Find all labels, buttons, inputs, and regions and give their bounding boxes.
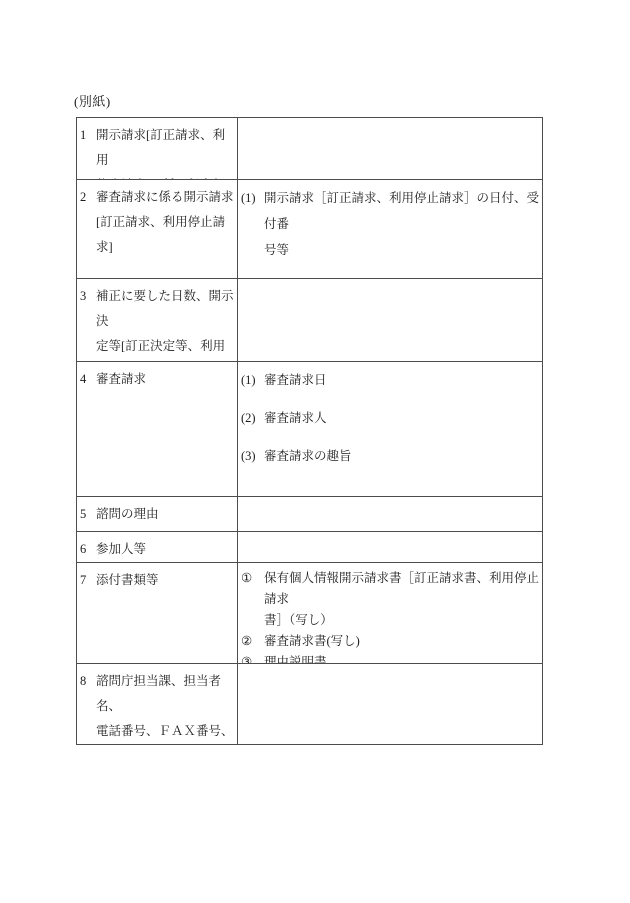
detail-item: (1) 開示請求［訂正請求、利用停止請求］の日付、受付番 号等: [241, 185, 539, 263]
row-item-label: 諮問の理由: [96, 502, 234, 527]
row-number: 7: [80, 568, 96, 593]
item-cell: 7 添付書類等: [77, 563, 237, 663]
row-item-label: 参加人等: [96, 537, 234, 562]
item-cell: 6 参加人等: [77, 532, 237, 562]
table-row: 4 審査請求 (1) 審査請求日 (2) 審査請求人 (3) 審査請求の趣旨: [77, 361, 542, 496]
detail-item: (2) 開示請求［訂正請求、利用停止請求］の宛先: [241, 275, 539, 278]
detail-number: (1): [241, 367, 264, 393]
value-cell: [237, 279, 542, 361]
detail-number: (2): [241, 275, 264, 278]
table-row: 1 開示請求[訂正請求、利用 停止請求]に係る保有個人 情報の名称等: [77, 118, 542, 179]
row-item-label: 開示請求[訂正請求、利用 停止請求]に係る保有個人 情報の名称等: [96, 123, 234, 179]
request-summary-table: 1 開示請求[訂正請求、利用 停止請求]に係る保有個人 情報の名称等 2 審査請…: [76, 117, 543, 745]
document-page: (別紙) 1 開示請求[訂正請求、利用 停止請求]に係る保有個人 情報の名称等 …: [0, 0, 630, 903]
detail-number: ①: [241, 568, 264, 589]
detail-number: (1): [241, 185, 264, 211]
value-cell: [237, 118, 542, 179]
row-item-label: 審査請求: [96, 367, 234, 392]
row-item-label: 補正に要した日数、開示決 定等[訂正決定等、利用停止 決定等]の期限: [96, 284, 234, 361]
row-number: 2: [80, 185, 96, 210]
detail-item: ① 保有個人情報開示請求書［訂正請求書、利用停止請求 書］（写し）: [241, 568, 539, 631]
row-item-label: 審査請求に係る開示請求 [訂正請求、利用停止請求]: [96, 185, 234, 260]
detail-text: 保有個人情報開示請求書［訂正請求書、利用停止請求 書］（写し）: [264, 568, 539, 631]
table-row: 6 参加人等: [77, 531, 542, 562]
detail-text: 開示請求［訂正請求、利用停止請求］の日付、受付番 号等: [264, 185, 539, 263]
item-cell: 5 諮問の理由: [77, 497, 237, 531]
detail-text: 開示請求［訂正請求、利用停止請求］の宛先: [264, 275, 539, 278]
item-cell: 1 開示請求[訂正請求、利用 停止請求]に係る保有個人 情報の名称等: [77, 118, 237, 179]
detail-item: (1) 審査請求日: [241, 367, 539, 393]
attachment-label: (別紙): [74, 91, 111, 110]
detail-text: 理由説明書: [264, 652, 539, 663]
detail-number: (2): [241, 405, 264, 431]
value-cell: (1) 審査請求日 (2) 審査請求人 (3) 審査請求の趣旨: [237, 362, 542, 496]
value-cell: ① 保有個人情報開示請求書［訂正請求書、利用停止請求 書］（写し） ② 審査請求…: [237, 563, 542, 663]
row-item-label: 添付書類等: [96, 568, 234, 593]
row-number: 5: [80, 502, 96, 527]
row-number: 8: [80, 669, 96, 694]
row-number: 1: [80, 123, 96, 148]
detail-number: ③: [241, 652, 264, 663]
row-item-label: 諮問庁担当課、担当者名、 電話番号、ＦＡＸ番号、メ ールアドレス、住所等: [96, 669, 234, 744]
table-row: 7 添付書類等 ① 保有個人情報開示請求書［訂正請求書、利用停止請求 書］（写し…: [77, 562, 542, 663]
item-cell: 2 審査請求に係る開示請求 [訂正請求、利用停止請求]: [77, 180, 237, 278]
item-cell: 3 補正に要した日数、開示決 定等[訂正決定等、利用停止 決定等]の期限: [77, 279, 237, 361]
detail-item: ② 審査請求書(写し): [241, 631, 539, 652]
value-cell: [237, 497, 542, 531]
item-cell: 8 諮問庁担当課、担当者名、 電話番号、ＦＡＸ番号、メ ールアドレス、住所等: [77, 664, 237, 744]
row-number: 4: [80, 367, 96, 392]
detail-text: 審査請求人: [264, 405, 539, 431]
table-row: 2 審査請求に係る開示請求 [訂正請求、利用停止請求] (1) 開示請求［訂正請…: [77, 179, 542, 278]
row-number: 6: [80, 537, 96, 562]
detail-item: (2) 審査請求人: [241, 405, 539, 431]
value-cell: [237, 664, 542, 744]
detail-text: 審査請求書(写し): [264, 631, 539, 652]
table-row: 5 諮問の理由: [77, 496, 542, 531]
item-cell: 4 審査請求: [77, 362, 237, 496]
detail-item: (3) 審査請求の趣旨: [241, 443, 539, 469]
row-number: 3: [80, 284, 96, 309]
value-cell: (1) 開示請求［訂正請求、利用停止請求］の日付、受付番 号等 (2) 開示請求…: [237, 180, 542, 278]
detail-text: 審査請求の趣旨: [264, 443, 539, 469]
value-cell: [237, 532, 542, 562]
table-row: 3 補正に要した日数、開示決 定等[訂正決定等、利用停止 決定等]の期限: [77, 278, 542, 361]
detail-item: ③ 理由説明書: [241, 652, 539, 663]
detail-number: ②: [241, 631, 264, 652]
detail-text: 審査請求日: [264, 367, 539, 393]
detail-number: (3): [241, 443, 264, 469]
table-row: 8 諮問庁担当課、担当者名、 電話番号、ＦＡＸ番号、メ ールアドレス、住所等: [77, 663, 542, 744]
